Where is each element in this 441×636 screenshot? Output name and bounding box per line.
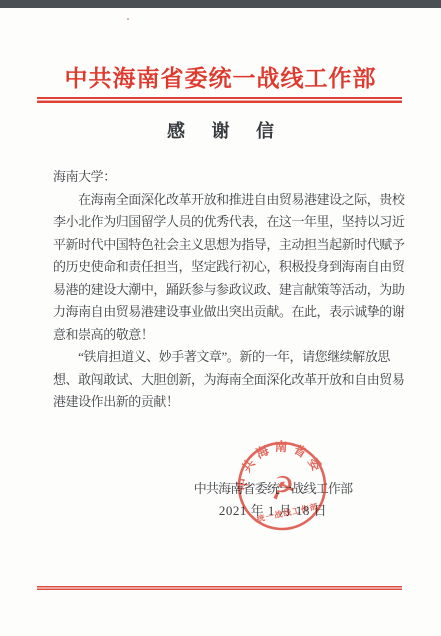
document-page: 中共海南省委统一战线工作部 感 谢 信 海南大学： 在海南全面深化改革开放和推进… bbox=[0, 0, 441, 636]
window-top-bar bbox=[0, 0, 441, 8]
body-line: 港建设作出新的贡献！ bbox=[53, 391, 405, 414]
body-line: 在海南全面深化改革开放和推进自由贸易港建设之际，贵校 bbox=[53, 189, 405, 212]
letter-body: 海南大学： 在海南全面深化改革开放和推进自由贸易港建设之际，贵校 李小北作为归国… bbox=[53, 166, 405, 414]
salutation-line: 海南大学： bbox=[53, 166, 405, 189]
body-line: “铁肩担道义、妙手著文章”。新的一年，请您继续解放思 bbox=[53, 346, 405, 369]
body-line: 平新时代中国特色社会主义思想为指导，主动担当起新时代赋予 bbox=[53, 234, 405, 257]
ink-speck bbox=[127, 18, 129, 20]
hammer-sickle-icon: ☭ bbox=[266, 469, 300, 509]
body-line: 力海南自由贸易港建设事业做出突出贡献。在此，表示诚挚的谢 bbox=[53, 301, 405, 324]
body-line: 的历史使命和责任担当，坚定践行初心，积极投身到海南自由贸 bbox=[53, 256, 405, 279]
official-seal: 中共海南省委 ☭ 统一战线工作部 bbox=[227, 431, 336, 540]
letterhead-rule bbox=[37, 97, 402, 103]
footer-rule bbox=[37, 586, 402, 590]
letter-title: 感 谢 信 bbox=[0, 117, 441, 143]
body-line: 李小北作为归国留学人员的优秀代表，在这一年里，坚持以习近 bbox=[53, 211, 405, 234]
letterhead-org-name: 中共海南省委统一战线工作部 bbox=[0, 60, 441, 93]
body-line: 意和崇高的敬意！ bbox=[53, 324, 405, 347]
body-line: 易港的建设大潮中，踊跃参与参政议政、建言献策等活动，为助 bbox=[53, 279, 405, 302]
body-line: 想、敢闯敢试、大胆创新，为海南全面深化改革开放和自由贸易 bbox=[53, 369, 405, 392]
